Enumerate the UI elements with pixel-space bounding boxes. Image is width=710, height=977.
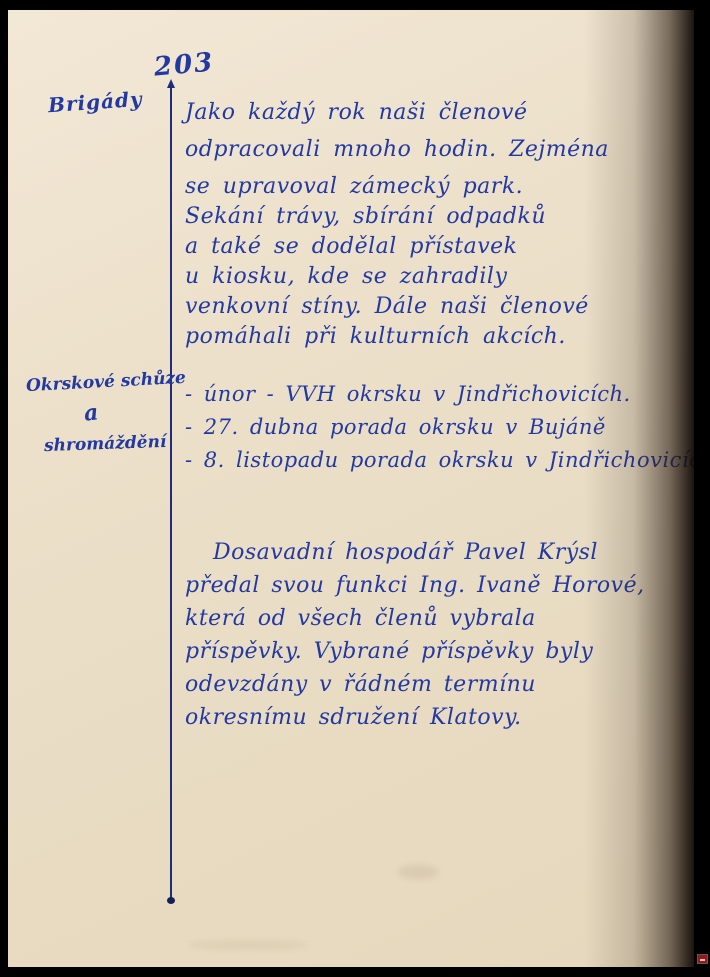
- list-district-meetings: - únor - VVH okrsku v Jindřichovicích. -…: [185, 382, 694, 481]
- red-marker-icon: [697, 954, 708, 964]
- handwritten-line: venkovní stíny. Dále naši členové: [185, 294, 694, 324]
- margin-note-brigady: Brigády: [47, 87, 143, 118]
- paragraph-hospodar: Dosavadní hospodář Pavel Krýsl předal sv…: [185, 540, 694, 738]
- margin-note-a: a: [83, 399, 100, 426]
- margin-rule: [170, 86, 172, 900]
- handwritten-line: Jako každý rok naši členové: [185, 100, 694, 130]
- margin-note-okrskove-schuze: Okrskové schůze: [26, 368, 187, 396]
- meeting-item: - únor - VVH okrsku v Jindřichovicích.: [185, 382, 694, 415]
- handwritten-line: předal svou funkci Ing. Ivaně Horové,: [185, 573, 694, 606]
- handwritten-line: odevzdány v řádném termínu: [185, 672, 694, 705]
- handwritten-line: se upravoval zámecký park.: [185, 174, 694, 204]
- marker-dash: [700, 959, 705, 961]
- handwritten-line: okresnímu sdružení Klatovy.: [185, 705, 694, 738]
- handwritten-line: odpracovali mnoho hodin. Zejména: [185, 137, 694, 167]
- handwritten-line: příspěvky. Vybrané příspěvky byly: [185, 639, 694, 672]
- paper-stain: [398, 865, 438, 879]
- notebook-page: 203 Brigády Okrskové schůze a shromážděn…: [8, 10, 694, 967]
- paragraph-brigady: Jako každý rok naši členové odpracovali …: [185, 100, 694, 354]
- handwritten-line: Sekání trávy, sbírání odpadků: [185, 204, 694, 234]
- paper-stain: [188, 940, 308, 950]
- meeting-item: - 8. listopadu porada okrsku v Jindřicho…: [185, 448, 694, 481]
- handwritten-line: a také se dodělal přístavek: [185, 234, 694, 264]
- handwritten-line: pomáhali při kulturních akcích.: [185, 324, 694, 354]
- handwritten-line: Dosavadní hospodář Pavel Krýsl: [185, 540, 694, 573]
- handwritten-line: u kiosku, kde se zahradily: [185, 264, 694, 294]
- margin-note-shromazdeni: shromáždění: [44, 432, 167, 456]
- handwritten-line: která od všech členů vybrala: [185, 606, 694, 639]
- meeting-item: - 27. dubna porada okrsku v Bujáně: [185, 415, 694, 448]
- scanned-chronicle-page: { "page": { "number": "203" }, "colors":…: [0, 0, 710, 977]
- rule-dot-bottom: [167, 897, 175, 904]
- page-number: 203: [153, 47, 216, 82]
